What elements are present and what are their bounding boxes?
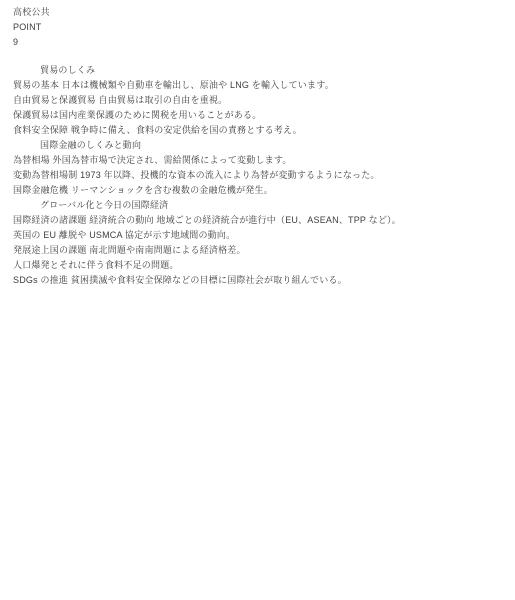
section-heading-trade: 貿易のしくみ	[13, 63, 507, 78]
text-line: 食料安全保障 戦争時に備え、食料の安定供給を国の責務とする考え。	[13, 123, 507, 138]
document-content: 高校公共 POINT 9 貿易のしくみ 貿易の基本 日本は機械類や自動車を輸出し…	[13, 5, 507, 288]
course-title: 高校公共	[13, 5, 507, 20]
section-heading-globalization: グローバル化と今日の国際経済	[13, 198, 507, 213]
text-line: 保護貿易は国内産業保護のために関税を用いることがある。	[13, 108, 507, 123]
text-line: 貿易の基本 日本は機械類や自動車を輸出し、原油や LNG を輸入しています。	[13, 78, 507, 93]
point-label: POINT	[13, 20, 507, 35]
document-page: 高校公共 POINT 9 貿易のしくみ 貿易の基本 日本は機械類や自動車を輸出し…	[0, 0, 515, 600]
text-line: 国際金融危機 リーマンショックを含む複数の金融危機が発生。	[13, 183, 507, 198]
point-number: 9	[13, 35, 507, 50]
text-line: 英国の EU 離脱や USMCA 協定が示す地域間の動向。	[13, 228, 507, 243]
text-line: 国際経済の諸課題 経済統合の動向 地域ごとの経済統合が進行中（EU、ASEAN、…	[13, 213, 507, 228]
text-line: 人口爆発とそれに伴う食料不足の問題。	[13, 258, 507, 273]
text-line: 変動為替相場制 1973 年以降、投機的な資本の流入により為替が変動するようにな…	[13, 168, 507, 183]
text-line: 発展途上国の課題 南北問題や南南問題による経済格差。	[13, 243, 507, 258]
text-line: SDGs の推進 貧困撲滅や食料安全保障などの目標に国際社会が取り組んでいる。	[13, 273, 507, 288]
text-line: 自由貿易と保護貿易 自由貿易は取引の自由を重視。	[13, 93, 507, 108]
text-line: 為替相場 外国為替市場で決定され、需給関係によって変動します。	[13, 153, 507, 168]
header-gap	[13, 50, 507, 63]
section-heading-finance: 国際金融のしくみと動向	[13, 138, 507, 153]
